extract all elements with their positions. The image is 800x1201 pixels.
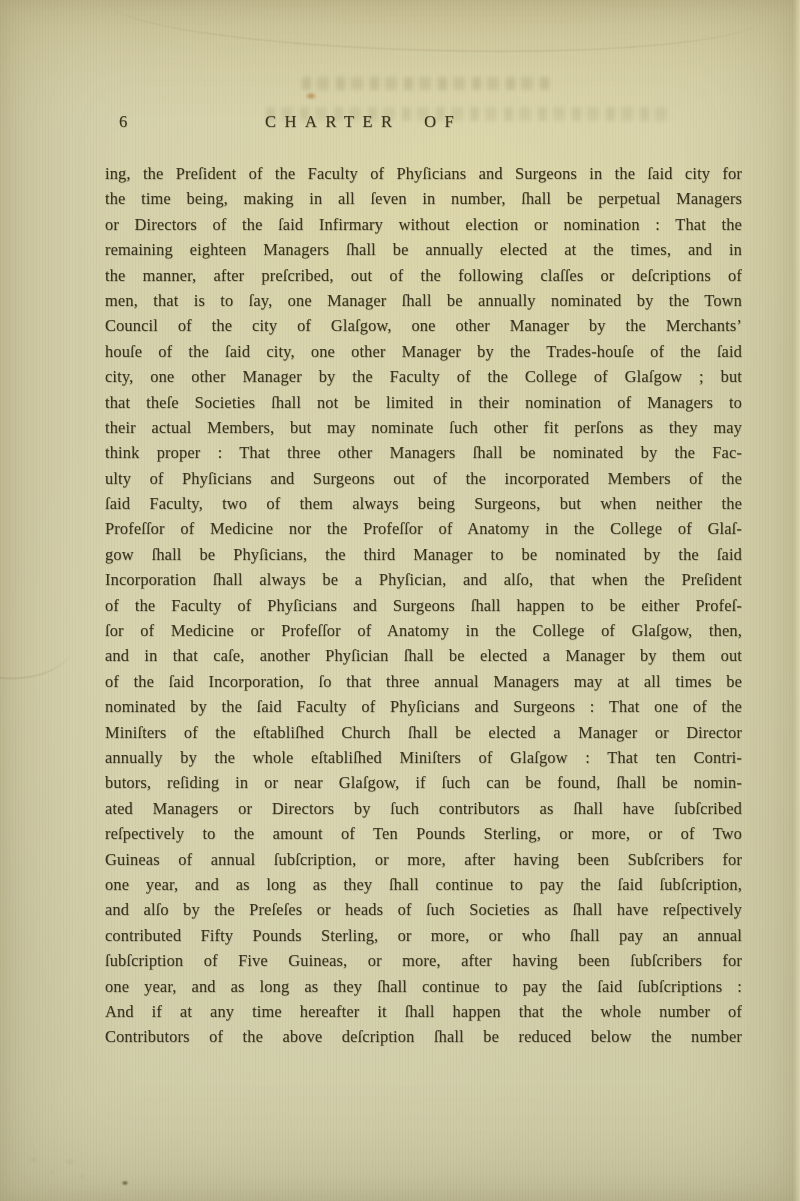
- text-line: men, that is to ſay, one Manager ſhall b…: [105, 288, 742, 313]
- text-line: the time being, making in all ſeven in n…: [105, 186, 742, 211]
- scanned-book-page: 6 CHARTER OF ing, the Preſident of the F…: [0, 0, 800, 1201]
- bleed-through-text-mark: [302, 77, 554, 90]
- text-line: Guineas of annual ſubſcription, or more,…: [105, 847, 742, 872]
- text-line: Miniſters of the eſtabliſhed Church ſhal…: [105, 720, 742, 745]
- text-line: gow ſhall be Phyſicians, the third Manag…: [105, 542, 742, 567]
- text-line: Contributors of the above deſcription ſh…: [105, 1024, 742, 1049]
- running-title: CHARTER OF: [265, 112, 462, 132]
- text-line: of the Faculty of Phyſicians and Surgeon…: [105, 593, 742, 618]
- ink-speck: [121, 1180, 129, 1186]
- text-line: one year, and as long as they ſhall cont…: [105, 872, 742, 897]
- text-line: nominated by the ſaid Faculty of Phyſici…: [105, 694, 742, 719]
- page-number: 6: [119, 112, 127, 132]
- text-line: think proper : That three other Managers…: [105, 440, 742, 465]
- text-line: ſor of Medicine or Profeſſor of Anatomy …: [105, 618, 742, 643]
- text-line: that theſe Societies ſhall not be limite…: [105, 390, 742, 415]
- text-line: ing, the Preſident of the Faculty of Phy…: [105, 161, 742, 186]
- paper-crease-left: [0, 630, 75, 690]
- text-line: ſubſcription of Five Guineas, or more, a…: [105, 948, 742, 973]
- scan-edge-highlight: [793, 0, 800, 1201]
- text-line: ulty of Phyſicians and Surgeons out of t…: [105, 466, 742, 491]
- fox-spot-stain: [305, 92, 317, 100]
- text-line: butors, reſiding in or near Glaſgow, if …: [105, 770, 742, 795]
- text-line: Profeſſor of Medicine nor the Profeſſor …: [105, 516, 742, 541]
- charter-body-text: ing, the Preſident of the Faculty of Phy…: [105, 161, 742, 1050]
- text-line: houſe of the ſaid city, one other Manage…: [105, 339, 742, 364]
- text-line: Council of the city of Glaſgow, one othe…: [105, 313, 742, 338]
- text-line: the manner, after preſcribed, out of the…: [105, 263, 742, 288]
- text-line: one year, and as long as they ſhall cont…: [105, 974, 742, 999]
- text-line: or Directors of the ſaid Infirmary witho…: [105, 212, 742, 237]
- text-line: annually by the whole eſtabliſhed Miniſt…: [105, 745, 742, 770]
- text-line: and in that caſe, another Phyſician ſhal…: [105, 643, 742, 668]
- paper-crease-top: [108, 0, 764, 58]
- text-line: their actual Members, but may nominate ſ…: [105, 415, 742, 440]
- text-line: reſpectively to the amount of Ten Pounds…: [105, 821, 742, 846]
- text-line: of the ſaid Incorporation, ſo that three…: [105, 669, 742, 694]
- text-line: remaining eighteen Managers ſhall be ann…: [105, 237, 742, 262]
- text-line: contributed Fifty Pounds Sterling, or mo…: [105, 923, 742, 948]
- text-line: Incorporation ſhall always be a Phyſicia…: [105, 567, 742, 592]
- text-line: and alſo by the Preſeſes or heads of ſuc…: [105, 897, 742, 922]
- stain-cluster: [22, 1150, 92, 1186]
- text-line: city, one other Manager by the Faculty o…: [105, 364, 742, 389]
- text-line: ated Managers or Directors by ſuch contr…: [105, 796, 742, 821]
- text-line: ſaid Faculty, two of them always being S…: [105, 491, 742, 516]
- text-line: And if at any time hereafter it ſhall ha…: [105, 999, 742, 1024]
